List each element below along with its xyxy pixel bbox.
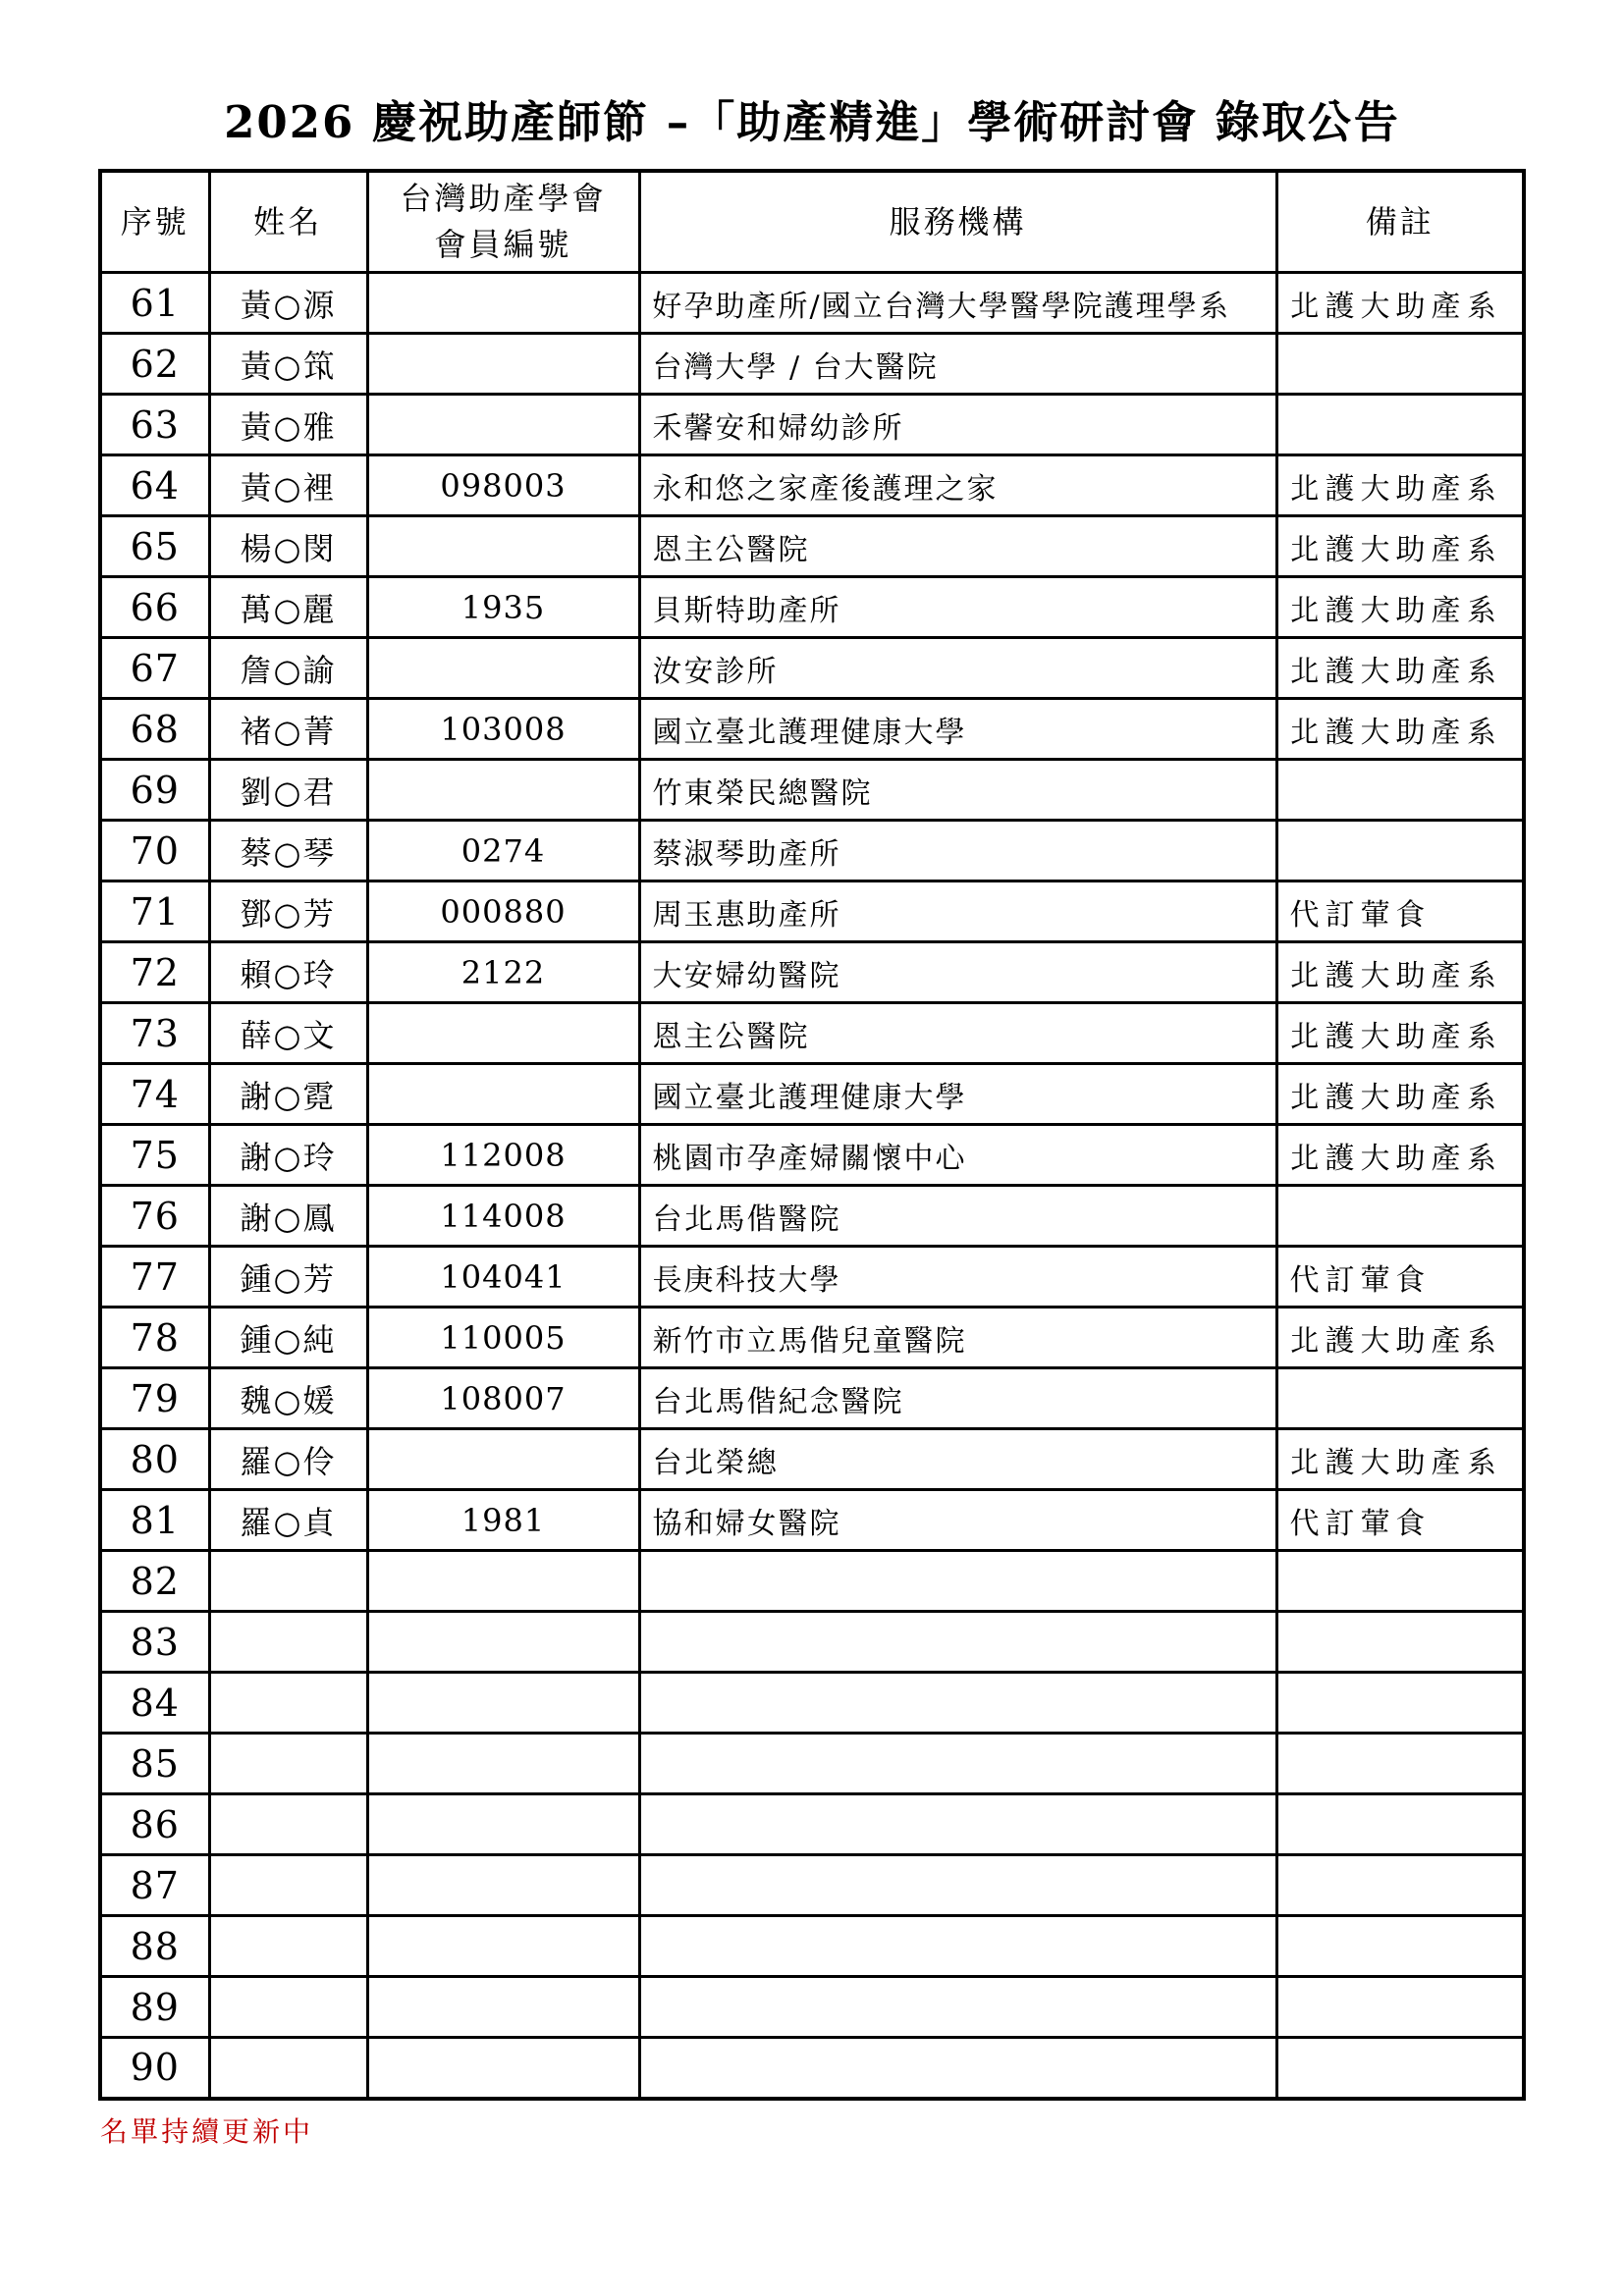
cell-name: 萬○麗 bbox=[209, 577, 367, 638]
cell-organization: 貝斯特助產所 bbox=[639, 577, 1276, 638]
cell-note bbox=[1276, 395, 1524, 455]
cell-name bbox=[209, 1794, 367, 1855]
cell-note bbox=[1276, 1368, 1524, 1429]
cell-organization: 竹東榮民總醫院 bbox=[639, 760, 1276, 821]
header-member-number: 台灣助產學會 會員編號 bbox=[367, 171, 639, 273]
cell-organization: 好孕助產所/國立台灣大學醫學院護理學系 bbox=[639, 273, 1276, 334]
cell-note bbox=[1276, 1186, 1524, 1247]
table-row: 61 黃○源 好孕助產所/國立台灣大學醫學院護理學系 北護大助產系 bbox=[100, 273, 1524, 334]
cell-note: 北護大助產系 bbox=[1276, 1308, 1524, 1368]
cell-serial-number: 75 bbox=[100, 1125, 209, 1186]
cell-member-number bbox=[367, 638, 639, 699]
cell-member-number: 1935 bbox=[367, 577, 639, 638]
cell-serial-number: 68 bbox=[100, 699, 209, 760]
cell-organization bbox=[639, 1977, 1276, 2038]
page-title: 2026 慶祝助產師節 –「助產精進」學術研討會 錄取公告 bbox=[0, 98, 1624, 147]
table-row: 88 bbox=[100, 1916, 1524, 1977]
cell-organization: 大安婦幼醫院 bbox=[639, 942, 1276, 1003]
cell-serial-number: 79 bbox=[100, 1368, 209, 1429]
cell-note: 北護大助產系 bbox=[1276, 516, 1524, 577]
table-row: 75 謝○玲 112008 桃園市孕產婦關懷中心 北護大助產系 bbox=[100, 1125, 1524, 1186]
cell-serial-number: 63 bbox=[100, 395, 209, 455]
cell-serial-number: 88 bbox=[100, 1916, 209, 1977]
cell-note: 代訂葷食 bbox=[1276, 1247, 1524, 1308]
cell-serial-number: 64 bbox=[100, 455, 209, 516]
cell-serial-number: 71 bbox=[100, 881, 209, 942]
table-row: 63 黃○雅 禾馨安和婦幼診所 bbox=[100, 395, 1524, 455]
cell-member-number: 104041 bbox=[367, 1247, 639, 1308]
cell-note bbox=[1276, 821, 1524, 881]
cell-serial-number: 62 bbox=[100, 334, 209, 395]
cell-note bbox=[1276, 1916, 1524, 1977]
cell-serial-number: 86 bbox=[100, 1794, 209, 1855]
cell-serial-number: 70 bbox=[100, 821, 209, 881]
cell-member-number: 103008 bbox=[367, 699, 639, 760]
table-row: 73 薛○文 恩主公醫院 北護大助產系 bbox=[100, 1003, 1524, 1064]
cell-name: 黃○裡 bbox=[209, 455, 367, 516]
table-row: 69 劉○君 竹東榮民總醫院 bbox=[100, 760, 1524, 821]
table-row: 65 楊○閔 恩主公醫院 北護大助產系 bbox=[100, 516, 1524, 577]
cell-note: 北護大助產系 bbox=[1276, 942, 1524, 1003]
cell-member-number bbox=[367, 516, 639, 577]
cell-serial-number: 89 bbox=[100, 1977, 209, 2038]
cell-note: 北護大助產系 bbox=[1276, 1125, 1524, 1186]
cell-organization bbox=[639, 1612, 1276, 1673]
cell-serial-number: 87 bbox=[100, 1855, 209, 1916]
cell-organization: 國立臺北護理健康大學 bbox=[639, 699, 1276, 760]
cell-organization: 汝安診所 bbox=[639, 638, 1276, 699]
cell-serial-number: 81 bbox=[100, 1490, 209, 1551]
cell-member-number bbox=[367, 1064, 639, 1125]
cell-serial-number: 76 bbox=[100, 1186, 209, 1247]
cell-serial-number: 78 bbox=[100, 1308, 209, 1368]
table-row: 78 鍾○純 110005 新竹市立馬偕兒童醫院 北護大助產系 bbox=[100, 1308, 1524, 1368]
update-notice: 名單持續更新中 bbox=[100, 2110, 1624, 2150]
cell-serial-number: 77 bbox=[100, 1247, 209, 1308]
document-page: 2026 慶祝助產師節 –「助產精進」學術研討會 錄取公告 序號 姓名 台灣助產… bbox=[0, 0, 1624, 2296]
header-row: 序號 姓名 台灣助產學會 會員編號 服務機構 備註 bbox=[100, 171, 1524, 273]
cell-member-number bbox=[367, 1977, 639, 2038]
cell-member-number bbox=[367, 1003, 639, 1064]
cell-name: 鄧○芳 bbox=[209, 881, 367, 942]
cell-name: 鍾○芳 bbox=[209, 1247, 367, 1308]
cell-organization bbox=[639, 1855, 1276, 1916]
cell-note: 北護大助產系 bbox=[1276, 1064, 1524, 1125]
cell-organization: 新竹市立馬偕兒童醫院 bbox=[639, 1308, 1276, 1368]
table-row: 86 bbox=[100, 1794, 1524, 1855]
cell-organization: 台北榮總 bbox=[639, 1429, 1276, 1490]
cell-serial-number: 69 bbox=[100, 760, 209, 821]
cell-organization: 蔡淑琴助產所 bbox=[639, 821, 1276, 881]
cell-name bbox=[209, 1673, 367, 1734]
cell-organization: 桃園市孕產婦關懷中心 bbox=[639, 1125, 1276, 1186]
cell-organization bbox=[639, 1734, 1276, 1794]
cell-member-number bbox=[367, 1673, 639, 1734]
cell-member-number bbox=[367, 334, 639, 395]
cell-name: 黃○源 bbox=[209, 273, 367, 334]
cell-serial-number: 90 bbox=[100, 2038, 209, 2099]
table-row: 87 bbox=[100, 1855, 1524, 1916]
cell-organization: 台灣大學 / 台大醫院 bbox=[639, 334, 1276, 395]
header-note: 備註 bbox=[1276, 171, 1524, 273]
cell-name bbox=[209, 1551, 367, 1612]
cell-serial-number: 82 bbox=[100, 1551, 209, 1612]
cell-note: 北護大助產系 bbox=[1276, 577, 1524, 638]
cell-member-number bbox=[367, 395, 639, 455]
cell-note: 北護大助產系 bbox=[1276, 699, 1524, 760]
cell-serial-number: 61 bbox=[100, 273, 209, 334]
cell-serial-number: 83 bbox=[100, 1612, 209, 1673]
cell-organization: 長庚科技大學 bbox=[639, 1247, 1276, 1308]
cell-member-number: 112008 bbox=[367, 1125, 639, 1186]
cell-name: 謝○霓 bbox=[209, 1064, 367, 1125]
admission-roster-table: 序號 姓名 台灣助產學會 會員編號 服務機構 備註 61 黃○源 好孕助產所/國… bbox=[98, 169, 1526, 2101]
table-row: 90 bbox=[100, 2038, 1524, 2099]
table-row: 64 黃○裡 098003 永和悠之家產後護理之家 北護大助產系 bbox=[100, 455, 1524, 516]
cell-name bbox=[209, 1734, 367, 1794]
cell-member-number bbox=[367, 2038, 639, 2099]
cell-organization bbox=[639, 1551, 1276, 1612]
cell-member-number bbox=[367, 273, 639, 334]
table-row: 77 鍾○芳 104041 長庚科技大學 代訂葷食 bbox=[100, 1247, 1524, 1308]
cell-organization bbox=[639, 1916, 1276, 1977]
table-row: 62 黃○筑 台灣大學 / 台大醫院 bbox=[100, 334, 1524, 395]
cell-name bbox=[209, 1855, 367, 1916]
cell-serial-number: 73 bbox=[100, 1003, 209, 1064]
cell-note bbox=[1276, 1855, 1524, 1916]
cell-name bbox=[209, 1916, 367, 1977]
table-row: 82 bbox=[100, 1551, 1524, 1612]
cell-organization: 台北馬偕醫院 bbox=[639, 1186, 1276, 1247]
table-row: 67 詹○諭 汝安診所 北護大助產系 bbox=[100, 638, 1524, 699]
cell-note bbox=[1276, 1612, 1524, 1673]
cell-serial-number: 67 bbox=[100, 638, 209, 699]
header-name: 姓名 bbox=[209, 171, 367, 273]
cell-member-number: 114008 bbox=[367, 1186, 639, 1247]
cell-member-number bbox=[367, 1734, 639, 1794]
cell-member-number: 000880 bbox=[367, 881, 639, 942]
cell-note bbox=[1276, 1734, 1524, 1794]
cell-serial-number: 80 bbox=[100, 1429, 209, 1490]
cell-member-number: 110005 bbox=[367, 1308, 639, 1368]
cell-note: 北護大助產系 bbox=[1276, 638, 1524, 699]
cell-note: 北護大助產系 bbox=[1276, 273, 1524, 334]
cell-organization: 周玉惠助產所 bbox=[639, 881, 1276, 942]
cell-name bbox=[209, 2038, 367, 2099]
cell-name: 謝○玲 bbox=[209, 1125, 367, 1186]
cell-note bbox=[1276, 1551, 1524, 1612]
cell-member-number: 108007 bbox=[367, 1368, 639, 1429]
header-organization: 服務機構 bbox=[639, 171, 1276, 273]
cell-serial-number: 72 bbox=[100, 942, 209, 1003]
cell-serial-number: 65 bbox=[100, 516, 209, 577]
cell-name: 魏○媛 bbox=[209, 1368, 367, 1429]
cell-member-number: 1981 bbox=[367, 1490, 639, 1551]
cell-note bbox=[1276, 2038, 1524, 2099]
cell-member-number: 0274 bbox=[367, 821, 639, 881]
cell-name: 薛○文 bbox=[209, 1003, 367, 1064]
cell-member-number bbox=[367, 1916, 639, 1977]
cell-name: 楊○閔 bbox=[209, 516, 367, 577]
table-row: 83 bbox=[100, 1612, 1524, 1673]
cell-name: 劉○君 bbox=[209, 760, 367, 821]
table-row: 76 謝○鳳 114008 台北馬偕醫院 bbox=[100, 1186, 1524, 1247]
cell-organization: 永和悠之家產後護理之家 bbox=[639, 455, 1276, 516]
cell-name: 黃○筑 bbox=[209, 334, 367, 395]
cell-organization: 國立臺北護理健康大學 bbox=[639, 1064, 1276, 1125]
cell-serial-number: 85 bbox=[100, 1734, 209, 1794]
cell-note: 北護大助產系 bbox=[1276, 1003, 1524, 1064]
cell-name: 羅○貞 bbox=[209, 1490, 367, 1551]
cell-name: 謝○鳳 bbox=[209, 1186, 367, 1247]
cell-name: 鍾○純 bbox=[209, 1308, 367, 1368]
cell-note bbox=[1276, 334, 1524, 395]
cell-note bbox=[1276, 1977, 1524, 2038]
cell-organization: 恩主公醫院 bbox=[639, 516, 1276, 577]
cell-note: 北護大助產系 bbox=[1276, 455, 1524, 516]
cell-note: 代訂葷食 bbox=[1276, 881, 1524, 942]
cell-member-number bbox=[367, 1794, 639, 1855]
cell-serial-number: 66 bbox=[100, 577, 209, 638]
table-row: 81 羅○貞 1981 協和婦女醫院 代訂葷食 bbox=[100, 1490, 1524, 1551]
table-row: 80 羅○伶 台北榮總 北護大助產系 bbox=[100, 1429, 1524, 1490]
cell-member-number bbox=[367, 760, 639, 821]
cell-serial-number: 84 bbox=[100, 1673, 209, 1734]
table-row: 79 魏○媛 108007 台北馬偕紀念醫院 bbox=[100, 1368, 1524, 1429]
cell-organization bbox=[639, 1673, 1276, 1734]
cell-name bbox=[209, 1977, 367, 2038]
header-serial-number: 序號 bbox=[100, 171, 209, 273]
cell-member-number bbox=[367, 1855, 639, 1916]
cell-note: 北護大助產系 bbox=[1276, 1429, 1524, 1490]
table-row: 70 蔡○琴 0274 蔡淑琴助產所 bbox=[100, 821, 1524, 881]
cell-organization bbox=[639, 2038, 1276, 2099]
cell-serial-number: 74 bbox=[100, 1064, 209, 1125]
cell-member-number: 2122 bbox=[367, 942, 639, 1003]
cell-name: 褚○菁 bbox=[209, 699, 367, 760]
cell-note bbox=[1276, 760, 1524, 821]
cell-organization: 禾馨安和婦幼診所 bbox=[639, 395, 1276, 455]
cell-organization: 恩主公醫院 bbox=[639, 1003, 1276, 1064]
cell-member-number bbox=[367, 1429, 639, 1490]
table-row: 71 鄧○芳 000880 周玉惠助產所 代訂葷食 bbox=[100, 881, 1524, 942]
table-row: 72 賴○玲 2122 大安婦幼醫院 北護大助產系 bbox=[100, 942, 1524, 1003]
cell-member-number: 098003 bbox=[367, 455, 639, 516]
cell-member-number bbox=[367, 1551, 639, 1612]
cell-name: 黃○雅 bbox=[209, 395, 367, 455]
table-row: 66 萬○麗 1935 貝斯特助產所 北護大助產系 bbox=[100, 577, 1524, 638]
cell-name: 蔡○琴 bbox=[209, 821, 367, 881]
table-row: 74 謝○霓 國立臺北護理健康大學 北護大助產系 bbox=[100, 1064, 1524, 1125]
cell-member-number bbox=[367, 1612, 639, 1673]
cell-name: 詹○諭 bbox=[209, 638, 367, 699]
cell-organization bbox=[639, 1794, 1276, 1855]
roster-table-body: 61 黃○源 好孕助產所/國立台灣大學醫學院護理學系 北護大助產系 62 黃○筑… bbox=[100, 273, 1524, 2099]
cell-organization: 台北馬偕紀念醫院 bbox=[639, 1368, 1276, 1429]
cell-name bbox=[209, 1612, 367, 1673]
table-row: 84 bbox=[100, 1673, 1524, 1734]
cell-organization: 協和婦女醫院 bbox=[639, 1490, 1276, 1551]
cell-note: 代訂葷食 bbox=[1276, 1490, 1524, 1551]
cell-note bbox=[1276, 1673, 1524, 1734]
table-row: 89 bbox=[100, 1977, 1524, 2038]
cell-note bbox=[1276, 1794, 1524, 1855]
table-row: 85 bbox=[100, 1734, 1524, 1794]
cell-name: 羅○伶 bbox=[209, 1429, 367, 1490]
table-row: 68 褚○菁 103008 國立臺北護理健康大學 北護大助產系 bbox=[100, 699, 1524, 760]
cell-name: 賴○玲 bbox=[209, 942, 367, 1003]
